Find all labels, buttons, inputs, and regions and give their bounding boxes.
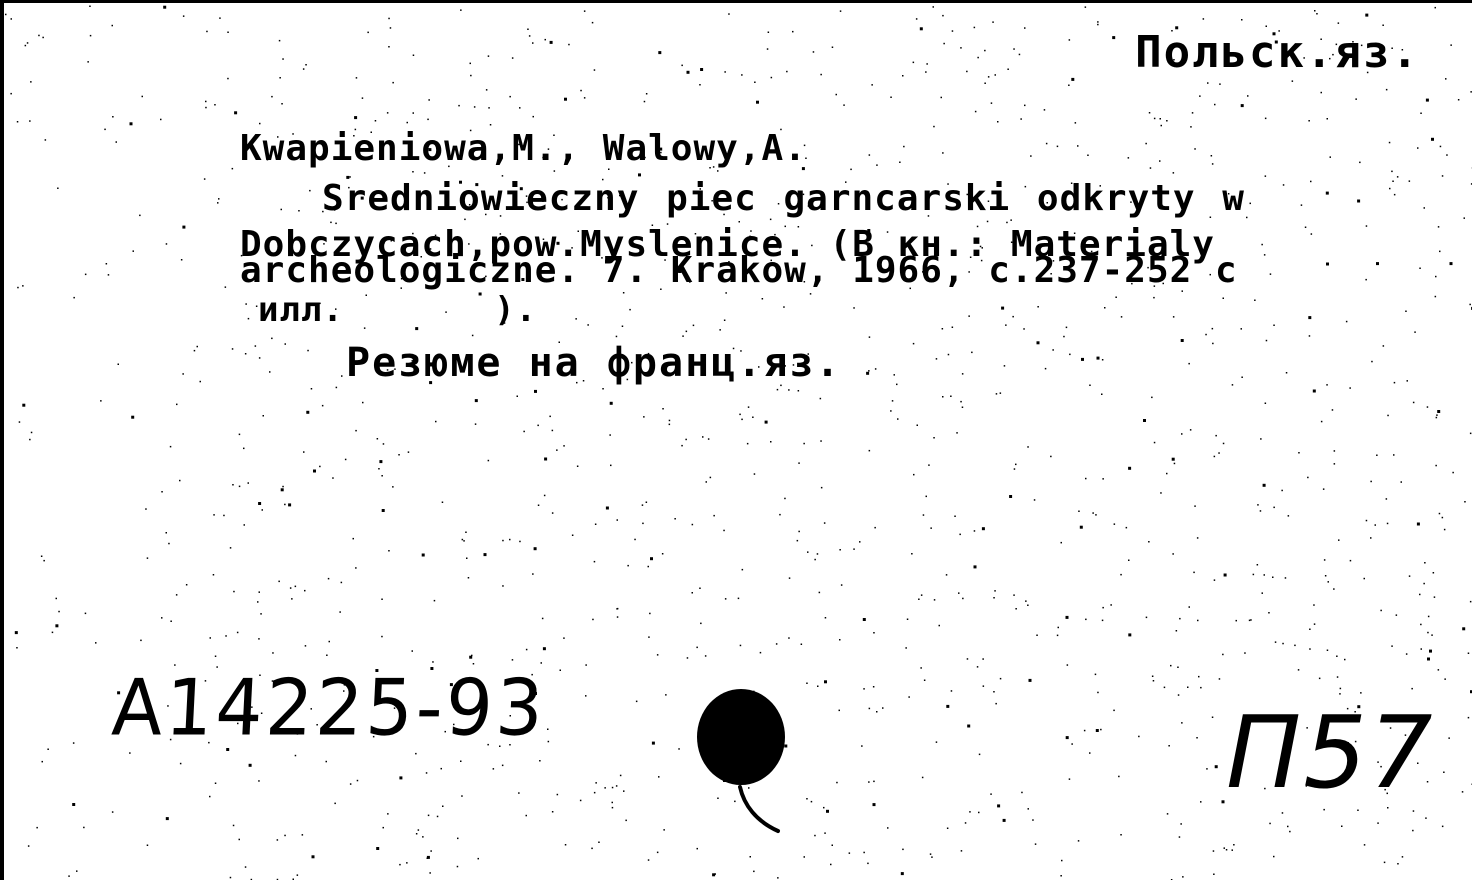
language-label: Польск.яз.	[1135, 31, 1420, 75]
catalog-card: Польск.яз. Kwapieniowa,M., Walowy,A. Sre…	[0, 0, 1472, 880]
shelf-mark: П57	[1226, 703, 1434, 803]
call-number: A14225-93	[110, 669, 548, 747]
title-line: илл. ).	[258, 293, 537, 327]
title-line: archeologiczne. 7. Krakow, 1966, с.237-2…	[240, 253, 1238, 289]
punch-hole-tail	[738, 785, 788, 835]
title-line: Sredniowieczny piec garncarski odkryty w	[322, 181, 1245, 217]
punch-hole	[697, 689, 785, 785]
authors: Kwapieniowa,M., Walowy,A.	[240, 131, 807, 167]
summary-note: Резюме на франц.яз.	[346, 343, 842, 383]
